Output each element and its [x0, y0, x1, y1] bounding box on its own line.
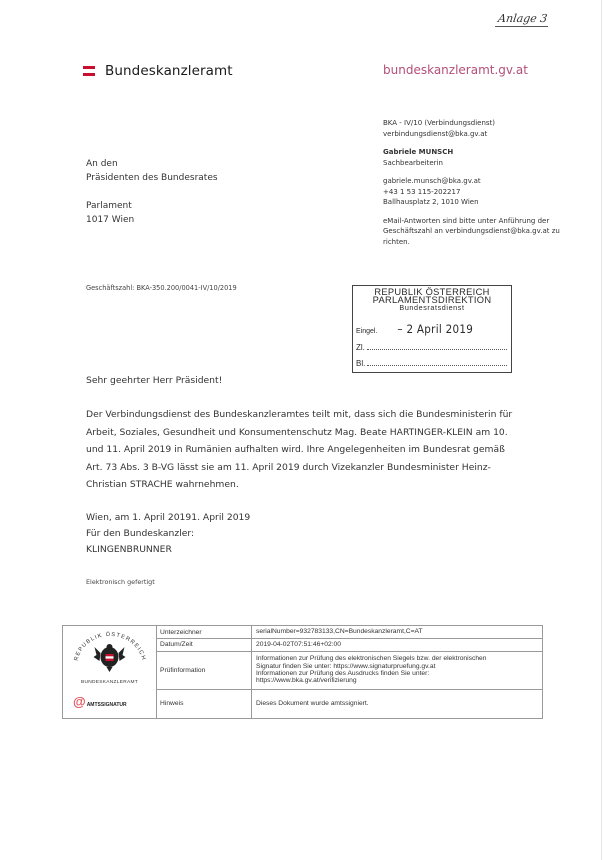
- amtssignatur-label: AMTSSIGNATUR: [87, 702, 127, 708]
- stamp-bl-dots: [367, 365, 507, 366]
- signature-value: serialNumber=932783133,CN=Bundeskanzlera…: [252, 626, 542, 638]
- sender-role: Sachbearbeiterin: [383, 158, 560, 169]
- verification-line[interactable]: Signatur finden Sie unter: https://www.s…: [256, 663, 486, 670]
- sender-info: BKA - IV/10 (Verbindungsdienst) verbindu…: [383, 118, 560, 247]
- body-line: Christian STRACHE wahrnehmen.: [86, 476, 546, 494]
- sender-department: BKA - IV/10 (Verbindungsdienst): [383, 118, 560, 129]
- on-behalf: Für den Bundeskanzler:: [86, 526, 250, 542]
- sender-name: Gabriele MUNSCH: [383, 148, 453, 156]
- stamp-received-label: Eingel.: [356, 328, 377, 335]
- verification-line: Informationen zur Prüfung des Ausdrucks …: [256, 670, 486, 677]
- signature-row: Prüfinformation Informationen zur Prüfun…: [156, 651, 542, 690]
- sender-address: Ballhausplatz 2, 1010 Wien: [383, 197, 560, 208]
- reply-note-line: Geschäftszahl an verbindungsdienst@bka.g…: [383, 226, 560, 237]
- reply-note-line: richten.: [383, 237, 560, 248]
- bka-logo: Bundeskanzleramt: [83, 63, 233, 79]
- official-seal: REPUBLIK ÖSTERREICH BUNDESKANZLERAMT @ A…: [63, 626, 157, 718]
- body-line: Der Verbindungsdienst des Bundeskanzlera…: [86, 406, 546, 424]
- recipient-line: Präsidenten des Bundesrates: [86, 171, 218, 185]
- recipient-line: An den: [86, 157, 218, 171]
- signature-key: Unterzeichner: [156, 626, 252, 638]
- letter-body: Der Verbindungsdienst des Bundeskanzlera…: [86, 406, 546, 494]
- logo-text: Bundeskanzleramt: [105, 63, 233, 79]
- place-date: Wien, am 1. April 20191. April 2019: [86, 510, 250, 526]
- body-line: Art. 73 Abs. 3 B-VG lässt sie am 11. Apr…: [86, 459, 546, 477]
- page-edge-line: [601, 0, 602, 860]
- stamp-zl-label: Zl.: [356, 343, 365, 352]
- at-sign-icon: @: [73, 696, 86, 708]
- signed-note: Elektronisch gefertigt: [86, 578, 155, 586]
- handwritten-annotation: Anlage 3: [495, 12, 550, 27]
- stamp-received-date: – 2 April 2019: [397, 322, 473, 336]
- signature-row: Hinweis Dieses Dokument wurde amtssignie…: [156, 689, 542, 718]
- signature-value: Dieses Dokument wurde amtssigniert.: [252, 689, 542, 718]
- signatory: KLINGENBRUNNER: [86, 542, 250, 558]
- signature-details: Unterzeichner serialNumber=932783133,CN=…: [156, 626, 542, 718]
- signature-key: Hinweis: [156, 689, 252, 718]
- stamp-bl-label: Bl.: [356, 359, 365, 368]
- website-link[interactable]: bundeskanzleramt.gv.at: [383, 63, 528, 77]
- stamp-zl-dots: [367, 349, 507, 350]
- signature-value: Informationen zur Prüfung des elektronis…: [252, 651, 542, 689]
- recipient-line: Parlament: [86, 199, 218, 213]
- eagle-seal-icon: REPUBLIK ÖSTERREICH: [63, 626, 156, 686]
- signature-block: REPUBLIK ÖSTERREICH BUNDESKANZLERAMT @ A…: [62, 625, 543, 719]
- body-line: und 11. April 2019 in Rumänien aufhalten…: [86, 441, 546, 459]
- sender-phone: +43 1 53 115-202217: [383, 187, 560, 198]
- reply-note-line: eMail-Antworten sind bitte unter Anführu…: [383, 216, 560, 227]
- seal-org-name: BUNDESKANZLERAMT: [63, 680, 156, 685]
- body-line: Arbeit, Soziales, Gesundheit und Konsume…: [86, 424, 546, 442]
- signature-key: Datum/Zeit: [156, 638, 252, 651]
- sender-department-email[interactable]: verbindungsdienst@bka.gv.at: [383, 129, 560, 140]
- letter-closing: Wien, am 1. April 20191. April 2019 Für …: [86, 510, 250, 558]
- austrian-flag-icon: [83, 66, 95, 76]
- verification-line[interactable]: https://www.bka.gv.at/verifizierung: [256, 677, 486, 684]
- signature-row: Datum/Zeit 2019-04-02T07:51:46+02:00: [156, 638, 542, 652]
- signature-value: 2019-04-02T07:51:46+02:00: [252, 638, 542, 651]
- verification-line: Informationen zur Prüfung des elektronis…: [256, 655, 486, 662]
- stamp-line-3: Bundesratsdienst: [353, 304, 511, 312]
- amtssignatur-logo: @ AMTSSIGNATUR: [73, 696, 127, 708]
- reference-number: Geschäftszahl: BKA-350.200/0041-IV/10/20…: [86, 284, 237, 292]
- salutation: Sehr geehrter Herr Präsident!: [86, 375, 222, 386]
- recipient-address: An den Präsidenten des Bundesrates Parla…: [86, 157, 218, 227]
- signature-key: Prüfinformation: [156, 651, 252, 689]
- received-stamp: REPUBLIK ÖSTERREICH PARLAMENTSDIREKTION …: [352, 285, 512, 373]
- sender-email[interactable]: gabriele.munsch@bka.gv.at: [383, 176, 560, 187]
- recipient-line: 1017 Wien: [86, 213, 218, 227]
